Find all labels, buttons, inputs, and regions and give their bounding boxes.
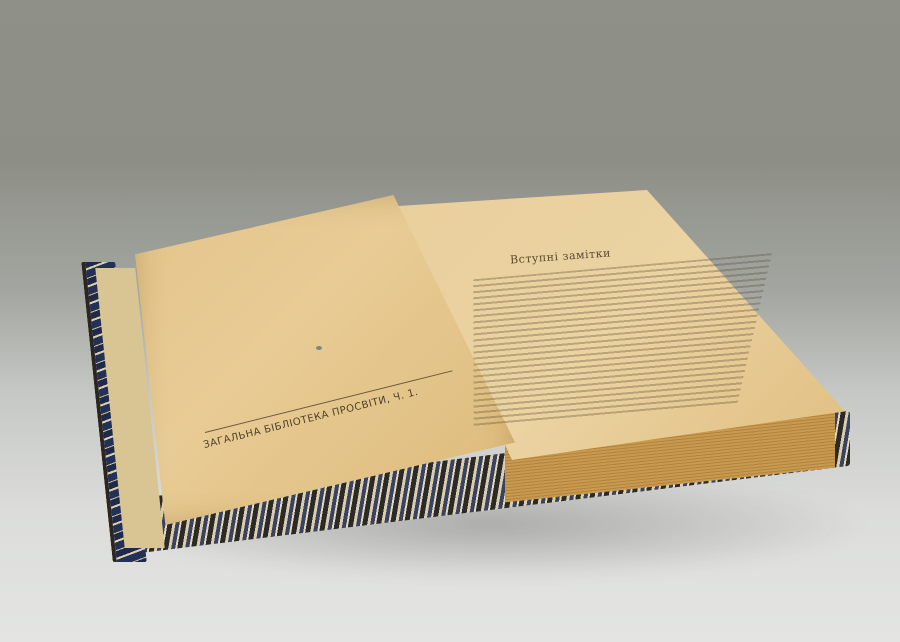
photo-scene: Вступні замітки ЗАГАЛЬНА БІБЛІОТЕКА ПРОС…	[0, 0, 900, 642]
right-page-body-text	[438, 253, 772, 433]
ink-stain	[316, 346, 322, 350]
